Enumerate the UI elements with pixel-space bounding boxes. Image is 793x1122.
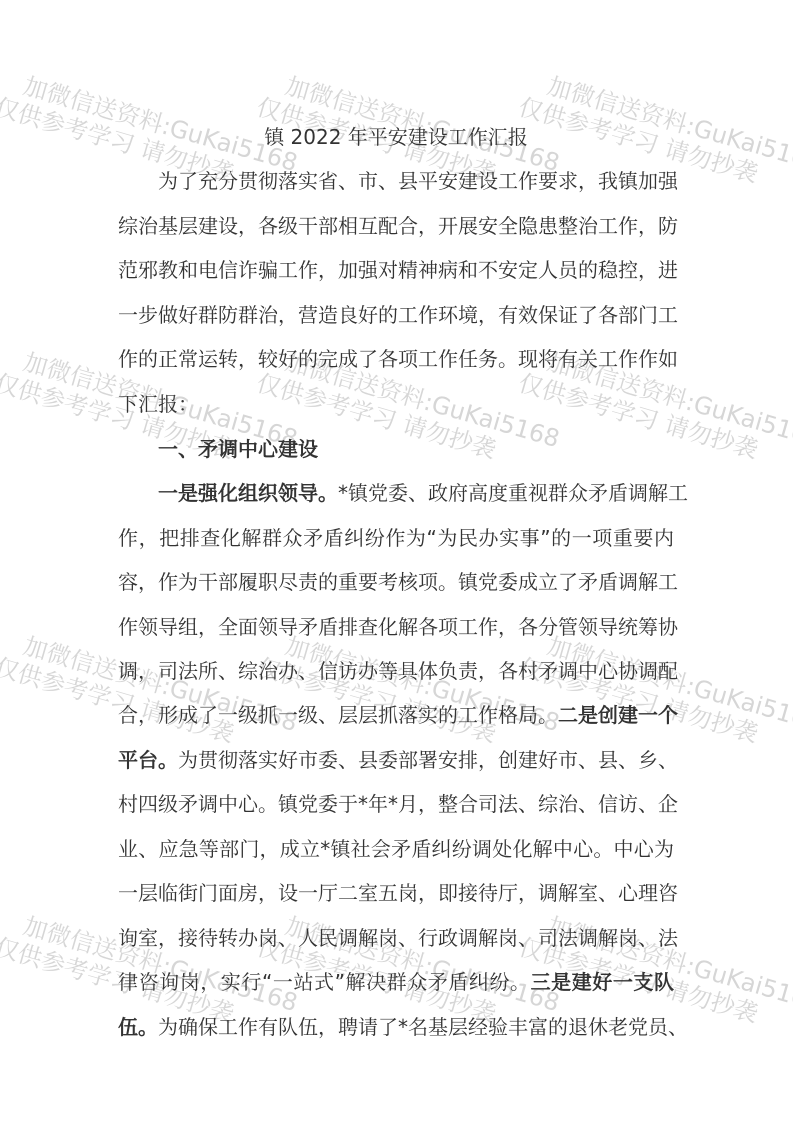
bold-lead: 二是创建一个 <box>558 703 678 727</box>
paragraph-line: 一层临街门面房，设一厅二室五岗，即接待厅，调解室、心理咨 <box>118 878 674 908</box>
bold-lead: 三是建好一支队 <box>531 970 674 994</box>
paragraph-line: 合，形成了一级抓一级、层层抓落实的工作格局。二是创建一个 <box>118 700 674 730</box>
line-text: 合，形成了一级抓一级、层层抓落实的工作格局。 <box>118 703 558 727</box>
paragraph-line: 作的正常运转，较好的完成了各项工作任务。现将有关工作作如 <box>118 344 674 374</box>
document-page: 镇 2022 年平安建设工作汇报 为了充分贯彻落实省、市、县平安建设工作要求，我… <box>0 0 793 1122</box>
bold-lead: 平台。 <box>118 748 178 772</box>
bold-lead: 一是强化组织领导。 <box>158 481 338 505</box>
line-text: 为贯彻落实好市委、县委部署安排，创建好市、县、乡、 <box>178 748 678 772</box>
paragraph-line: 伍。为确保工作有队伍，聘请了*名基层经验丰富的退休老党员、 <box>118 1012 674 1042</box>
paragraph-line: 一步做好群防群治，营造良好的工作环境，有效保证了各部门工 <box>118 300 674 330</box>
paragraph-line: 作，把排查化解群众矛盾纠纷作为“为民办实事”的一项重要内 <box>118 523 674 553</box>
bold-lead: 伍。 <box>118 1015 158 1039</box>
paragraph-line: 综治基层建设，各级干部相互配合，开展安全隐患整治工作，防 <box>118 211 674 241</box>
line-text: *镇党委、政府高度重视群众矛盾调解工 <box>338 481 688 505</box>
paragraph-line: 询室，接待转办岗、人民调解岗、行政调解岗、司法调解岗、法 <box>118 923 674 953</box>
line-text: 为确保工作有队伍，聘请了*名基层经验丰富的退休老党员、 <box>158 1015 688 1039</box>
paragraph-line: 平台。为贯彻落实好市委、县委部署安排，创建好市、县、乡、 <box>118 745 674 775</box>
paragraph-line: 业、应急等部门，成立*镇社会矛盾纠纷调处化解中心。中心为 <box>118 834 674 864</box>
section-heading: 一、矛调中心建设 <box>118 434 674 464</box>
paragraph-line: 作领导组，全面领导矛盾排查化解各项工作，各分管领导统筹协 <box>118 612 674 642</box>
paragraph-line: 下汇报： <box>118 389 674 419</box>
paragraph-line: 调，司法所、综治办、信访办等具体负责，各村矛调中心协调配 <box>118 656 674 686</box>
paragraph-line: 一是强化组织领导。*镇党委、政府高度重视群众矛盾调解工 <box>118 478 674 508</box>
document-title: 镇 2022 年平安建设工作汇报 <box>118 124 674 150</box>
paragraph-line: 为了充分贯彻落实省、市、县平安建设工作要求，我镇加强 <box>118 166 674 196</box>
paragraph-line: 容，作为干部履职尽责的重要考核项。镇党委成立了矛盾调解工 <box>118 567 674 597</box>
paragraph-line: 律咨询岗，实行“一站式”解决群众矛盾纠纷。三是建好一支队 <box>118 967 674 997</box>
paragraph-line: 村四级矛调中心。镇党委于*年*月，整合司法、综治、信访、企 <box>118 789 674 819</box>
paragraph-line: 范邪教和电信诈骗工作，加强对精神病和不安定人员的稳控，进 <box>118 255 674 285</box>
line-text: 律咨询岗，实行“一站式”解决群众矛盾纠纷。 <box>118 970 531 994</box>
